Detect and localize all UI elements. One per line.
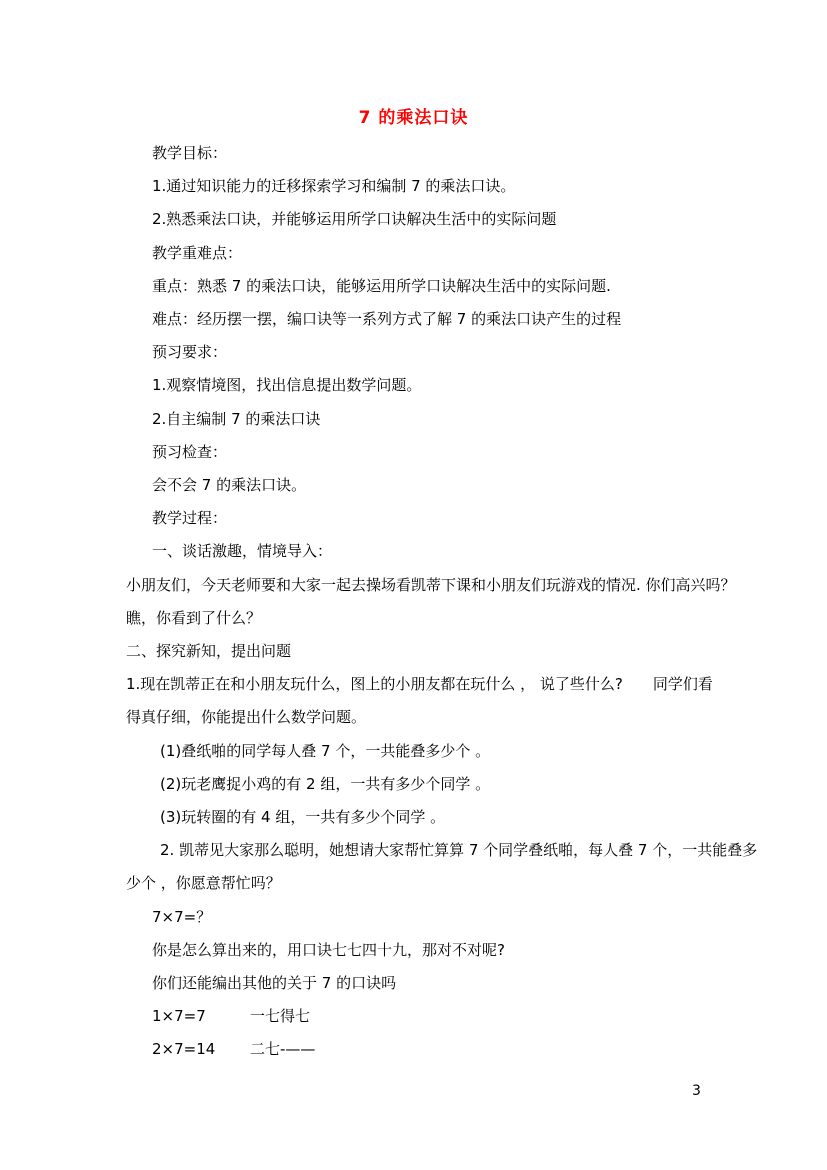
- section-heading-preview-check: 预习检查：: [0, 436, 827, 469]
- text-line: 得真仔细，你能提出什么数学问题。: [0, 701, 827, 734]
- text-line: 2.熟悉乘法口诀，并能够运用所学口诀解决生活中的实际问题: [0, 203, 827, 236]
- list-item-question-3: (3)玩转圈的有 4 组，一共有多少个同学 。: [0, 801, 827, 834]
- section-heading-preview-requirements: 预习要求：: [0, 336, 827, 369]
- text-line: 少个 ，你愿意帮忙吗？: [0, 867, 827, 900]
- text-line: 2.自主编制 7 的乘法口诀: [0, 403, 827, 436]
- text-line: 二、探究新知，提出问题: [0, 635, 827, 668]
- text-line: 一、谈话激趣，情境导入：: [0, 535, 827, 568]
- document-title: 7 的乘法口诀: [0, 103, 827, 128]
- text-line: 1.现在凯蒂正在和小朋友玩什么，图上的小朋友都在玩什么 ， 说了些什么? 同学们…: [0, 668, 827, 701]
- document-page: 7 的乘法口诀 教学目标： 1.通过知识能力的迁移探索学习和编制 7 的乘法口诀…: [0, 0, 827, 1170]
- section-heading-teaching-goals: 教学目标：: [0, 137, 827, 170]
- text-line: 重点：熟悉 7 的乘法口诀，能够运用所学口诀解决生活中的实际问题.: [0, 270, 827, 303]
- rhyme-row: 1×7=7一七得七: [0, 1000, 827, 1033]
- section-heading-teaching-process: 教学过程：: [0, 502, 827, 535]
- rhyme-text: 一七得七: [250, 1007, 310, 1025]
- list-item-question-2: (2)玩老鹰捉小鸡的有 2 组，一共有多少个同学 。: [0, 768, 827, 801]
- text-line: 2. 凯蒂见大家那么聪明，她想请大家帮忙算算 7 个同学叠纸啪，每人叠 7 个，…: [0, 834, 827, 867]
- rhyme-row: 2×7=14二七-——: [0, 1033, 827, 1066]
- text-line: 你们还能编出其他的关于 7 的口诀吗: [0, 967, 827, 1000]
- multiplication-question: 7×7=？: [0, 901, 827, 934]
- text-line: 瞧，你看到了什么？: [0, 602, 827, 635]
- multiplication-formula: 2×7=14: [152, 1033, 250, 1066]
- text-line: 会不会 7 的乘法口诀。: [0, 469, 827, 502]
- document-body: 教学目标： 1.通过知识能力的迁移探索学习和编制 7 的乘法口诀。 2.熟悉乘法…: [0, 137, 827, 1067]
- multiplication-formula: 1×7=7: [152, 1000, 250, 1033]
- text-line: 小朋友们，今天老师要和大家一起去操场看凯蒂下课和小朋友们玩游戏的情况. 你们高兴…: [0, 569, 827, 602]
- list-item-question-1: (1)叠纸啪的同学每人叠 7 个，一共能叠多少个 。: [0, 735, 827, 768]
- section-heading-key-points: 教学重难点：: [0, 237, 827, 270]
- text-line: 1.通过知识能力的迁移探索学习和编制 7 的乘法口诀。: [0, 170, 827, 203]
- text-line: 难点：经历摆一摆，编口诀等一系列方式了解 7 的乘法口诀产生的过程: [0, 303, 827, 336]
- text-line: 1.观察情境图，找出信息提出数学问题。: [0, 369, 827, 402]
- text-line: 你是怎么算出来的，用口诀七七四十九，那对不对呢?: [0, 934, 827, 967]
- rhyme-text: 二七-——: [250, 1040, 315, 1058]
- page-number: 3: [692, 1081, 701, 1101]
